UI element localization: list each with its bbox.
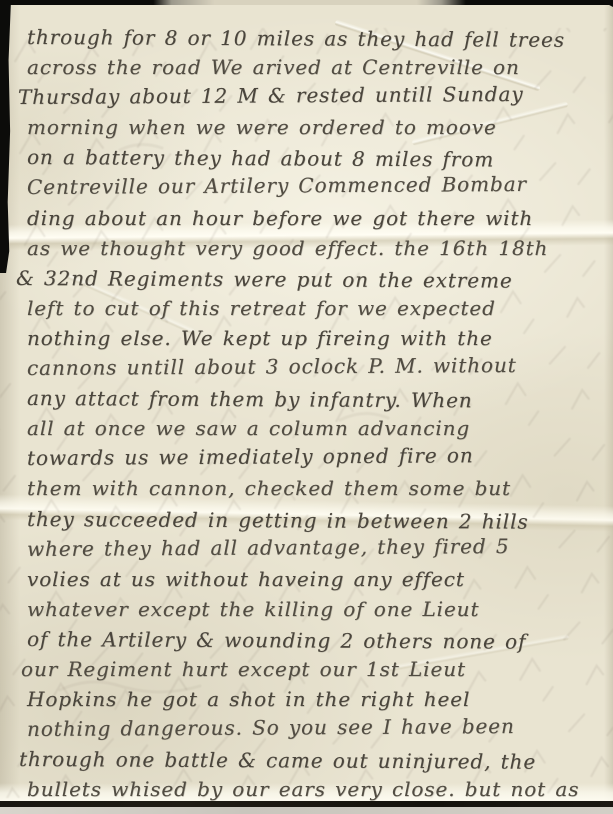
- letter-line: cannons untill about 3 oclock P. M. with…: [27, 349, 609, 383]
- letter-page: through for 8 or 10 miles as they had fe…: [0, 0, 613, 801]
- letter-line: bullets whised by our ears very close. b…: [27, 774, 609, 804]
- letter-line: our Regiment hurt except our 1st Lieut: [21, 654, 609, 684]
- scan-edge-bottom-strip: [0, 807, 613, 814]
- letter-line: all at once we saw a column advancing: [27, 413, 609, 443]
- letter-line: across the road We arived at Centreville…: [27, 52, 609, 82]
- letter-line: whatever except the killing of one Lieut: [27, 594, 609, 624]
- letter-line: any attact from them by infantry. When: [27, 383, 609, 416]
- letter-line: them with cannon, checked them some but: [27, 473, 609, 503]
- scanned-letter: through for 8 or 10 miles as they had fe…: [0, 0, 613, 814]
- scan-edge-top: [0, 0, 613, 5]
- letter-line: Hopkins he got a shot in the right heel: [27, 684, 609, 714]
- letter-line: nothing else. We kept up fireing with th…: [27, 323, 609, 353]
- letter-line: morning when we were ordered to moove: [27, 112, 609, 142]
- letter-line: & 32nd Regiments were put on the extreme: [16, 263, 609, 296]
- letter-line: nothing dangerous. So you see I have bee…: [27, 711, 609, 745]
- letter-line: ding about an hour before we got there w…: [27, 203, 609, 233]
- letter-line: as we thought very good effect. the 16th…: [27, 233, 609, 263]
- letter-text: through for 8 or 10 miles as they had fe…: [27, 22, 609, 804]
- letter-line: towards us we imediately opned fire on: [27, 440, 609, 474]
- letter-line: Thursday about 12 M & rested untill Sund…: [18, 79, 609, 113]
- letter-line: through for 8 or 10 miles as they had fe…: [27, 22, 609, 55]
- letter-line: through one battle & came out uninjured,…: [19, 744, 609, 777]
- letter-line: where they had all advantage, they fired…: [27, 530, 609, 564]
- letter-line: of the Artilery & wounding 2 others none…: [27, 624, 609, 657]
- letter-line: volies at us without haveing any effect: [27, 564, 609, 594]
- letter-line: Centreville our Artilery Commenced Bomba…: [27, 169, 609, 203]
- letter-line: left to cut of this retreat for we expec…: [27, 293, 609, 323]
